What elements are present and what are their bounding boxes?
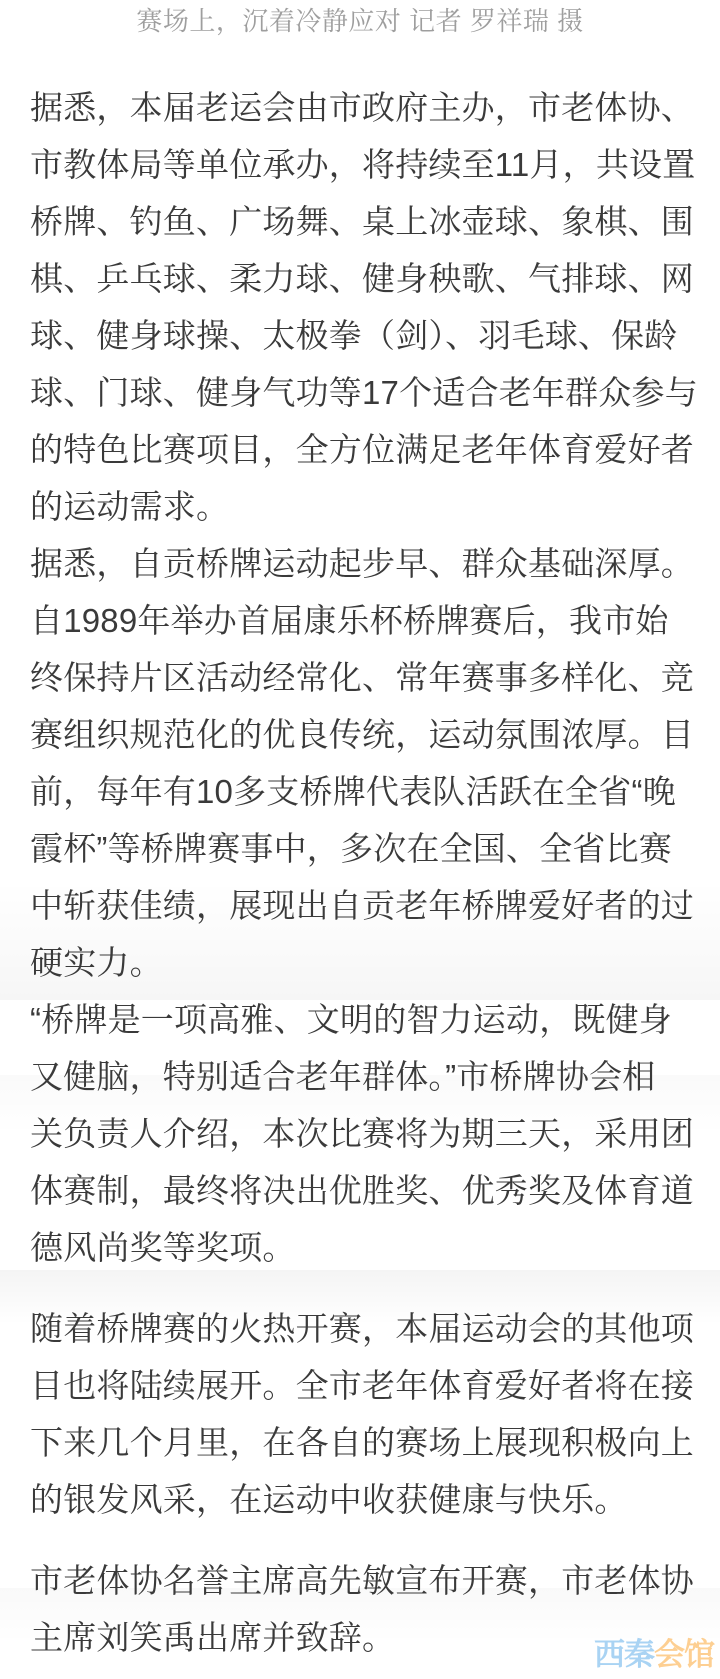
text-line: 目也将陆续展开。全市老年体育爱好者将在接	[30, 1357, 696, 1414]
text-line: 球、健身球操、太极拳（剑）、羽毛球、保龄	[30, 307, 696, 364]
article-page: 赛场上，沉着冷静应对 记者 罗祥瑞 摄 据悉，本届老运会由市政府主办，市老体协、…	[0, 0, 720, 1679]
text-line: 体赛制，最终将决出优胜奖、优秀奖及体育道	[30, 1162, 696, 1219]
text-line: 终保持片区活动经常化、常年赛事多样化、竞	[30, 649, 696, 706]
paragraph: 据悉，本届老运会由市政府主办，市老体协、市教体局等单位承办，将持续至11月，共设…	[30, 79, 696, 535]
text-line: 赛组织规范化的优良传统，运动氛围浓厚。目	[30, 706, 696, 763]
watermark-text-primary: 西秦	[594, 1637, 654, 1672]
text-line: 硬实力。	[30, 934, 696, 991]
text-line: 下来几个月里，在各自的赛场上展现积极向上	[30, 1414, 696, 1471]
text-line: 球、门球、健身气功等17个适合老年群众参与	[30, 364, 696, 421]
text-line: “桥牌是一项高雅、文明的智力运动，既健身	[30, 991, 696, 1048]
article-body: 据悉，本届老运会由市政府主办，市老体协、市教体局等单位承办，将持续至11月，共设…	[0, 39, 720, 1666]
photo-caption: 赛场上，沉着冷静应对 记者 罗祥瑞 摄	[0, 0, 720, 39]
watermark-logo: 西秦会馆	[594, 1639, 714, 1670]
text-line: 棋、乒乓球、柔力球、健身秧歌、气排球、网	[30, 250, 696, 307]
paragraph: 据悉，自贡桥牌运动起步早、群众基础深厚。自1989年举办首届康乐杯桥牌赛后，我市…	[30, 535, 696, 991]
text-line: 据悉，本届老运会由市政府主办，市老体协、	[30, 79, 696, 136]
text-line: 市教体局等单位承办，将持续至11月，共设置	[30, 136, 696, 193]
article-content: 赛场上，沉着冷静应对 记者 罗祥瑞 摄 据悉，本届老运会由市政府主办，市老体协、…	[0, 0, 720, 1666]
text-line: 市老体协名誉主席高先敏宣布开赛，市老体协	[30, 1552, 696, 1609]
text-line: 霞杯”等桥牌赛事中，多次在全国、全省比赛	[30, 820, 696, 877]
text-line: 的运动需求。	[30, 478, 696, 535]
paragraph: 随着桥牌赛的火热开赛，本届运动会的其他项目也将陆续展开。全市老年体育爱好者将在接…	[30, 1300, 696, 1528]
text-line: 的特色比赛项目，全方位满足老年体育爱好者	[30, 421, 696, 478]
text-line: 关负责人介绍，本次比赛将为期三天，采用团	[30, 1105, 696, 1162]
text-line: 中斩获佳绩，展现出自贡老年桥牌爱好者的过	[30, 877, 696, 934]
text-line: 随着桥牌赛的火热开赛，本届运动会的其他项	[30, 1300, 696, 1357]
text-line: 桥牌、钓鱼、广场舞、桌上冰壶球、象棋、围	[30, 193, 696, 250]
watermark-text-secondary: 会馆	[654, 1637, 714, 1672]
text-line: 据悉，自贡桥牌运动起步早、群众基础深厚。	[30, 535, 696, 592]
text-line: 又健脑，特别适合老年群体。”市桥牌协会相	[30, 1048, 696, 1105]
text-line: 前，每年有10多支桥牌代表队活跃在全省“晚	[30, 763, 696, 820]
text-line: 德风尚奖等奖项。	[30, 1219, 696, 1276]
text-line: 的银发风采，在运动中收获健康与快乐。	[30, 1471, 696, 1528]
paragraph: “桥牌是一项高雅、文明的智力运动，既健身又健脑，特别适合老年群体。”市桥牌协会相…	[30, 991, 696, 1276]
text-line: 自1989年举办首届康乐杯桥牌赛后，我市始	[30, 592, 696, 649]
